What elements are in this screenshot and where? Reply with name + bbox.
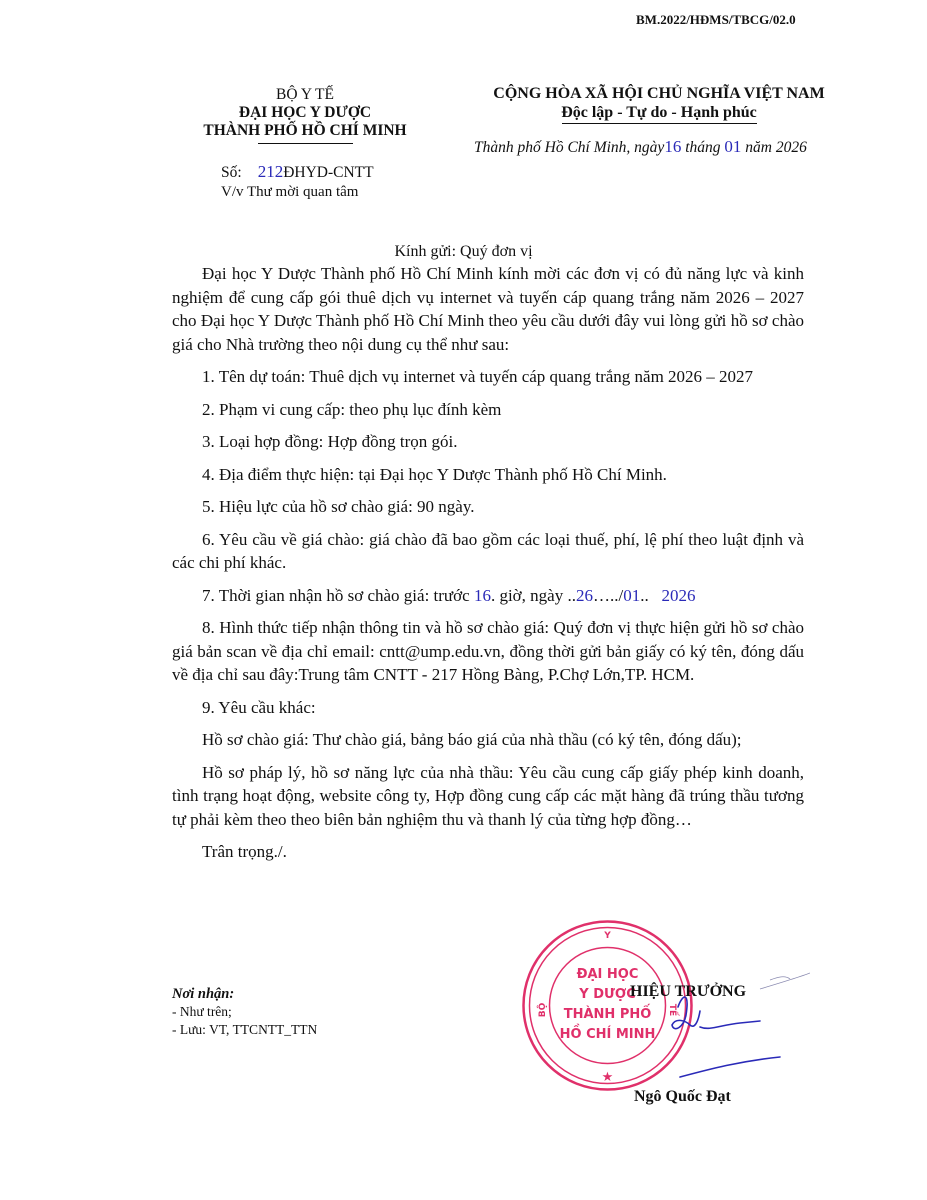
university-name-line1: ĐẠI HỌC Y DƯỢC: [160, 104, 450, 122]
nation-title: CỘNG HÒA XÃ HỘI CHỦ NGHĨA VIỆT NAM: [466, 84, 852, 103]
svg-text:Y DƯỢC: Y DƯỢC: [578, 987, 636, 1002]
month-label: tháng: [685, 139, 720, 156]
item-9: 9. Yêu cầu khác:: [172, 696, 804, 720]
document-number: Số:212ĐHYD-CNTT: [221, 162, 374, 182]
item-7-sep: …../: [593, 586, 623, 605]
svg-text:HỒ CHÍ MINH: HỒ CHÍ MINH: [560, 1024, 656, 1042]
svg-text:THÀNH PHỐ: THÀNH PHỐ: [564, 1004, 652, 1022]
item-8: 8. Hình thức tiếp nhận thông tin và hồ s…: [172, 616, 804, 687]
recipient-line: - Như trên;: [172, 1003, 317, 1021]
document-subject: V/v Thư mời quan tâm: [221, 184, 358, 201]
deadline-year: 2026: [661, 586, 695, 605]
document-date: Thành phố Hồ Chí Minh, ngày16 tháng 01 n…: [474, 137, 807, 157]
item-4: 4. Địa điểm thực hiện: tại Đại học Y Dượ…: [172, 463, 804, 487]
date-prefix: Thành phố Hồ Chí Minh, ngày: [474, 139, 664, 156]
item-9-quote-docs: Hồ sơ chào giá: Thư chào giá, bảng báo g…: [172, 728, 804, 752]
svg-text:Y: Y: [603, 931, 611, 941]
svg-text:★: ★: [602, 1070, 614, 1085]
item-2: 2. Phạm vi cung cấp: theo phụ lục đính k…: [172, 398, 804, 422]
letter-body: Đại học Y Dược Thành phố Hồ Chí Minh kín…: [172, 262, 804, 873]
item-1: 1. Tên dự toán: Thuê dịch vụ internet và…: [172, 365, 804, 389]
national-header: CỘNG HÒA XÃ HỘI CHỦ NGHĨA VIỆT NAM Độc l…: [466, 84, 852, 124]
header-divider: [258, 143, 353, 144]
date-month: 01: [724, 137, 741, 156]
deadline-hour: 16: [474, 586, 491, 605]
recipients-block: Nơi nhận: - Như trên; - Lưu: VT, TTCNTT_…: [172, 985, 317, 1039]
signer-name: Ngô Quốc Đạt: [634, 1088, 731, 1106]
closing: Trân trọng./.: [172, 840, 804, 864]
item-6: 6. Yêu cầu về giá chào: giá chào đã bao …: [172, 528, 804, 575]
intro-paragraph: Đại học Y Dược Thành phố Hồ Chí Minh kín…: [172, 262, 804, 356]
salutation: Kính gửi: Quý đơn vị: [0, 243, 927, 261]
item-7-hour-suffix: . giờ, ngày ..: [491, 586, 576, 605]
ministry-name: BỘ Y TẾ: [160, 86, 450, 104]
date-year: năm 2026: [745, 139, 807, 156]
item-7-sep2: ..: [640, 586, 661, 605]
number-value: 212: [258, 162, 284, 181]
deadline-day: 26: [576, 586, 593, 605]
svg-text:ĐẠI HỌC: ĐẠI HỌC: [577, 967, 639, 982]
handwritten-signature: [660, 965, 810, 1095]
svg-text:BỘ: BỘ: [537, 1002, 548, 1017]
motto-divider: [562, 123, 757, 124]
number-suffix: ĐHYD-CNTT: [283, 164, 373, 181]
item-3: 3. Loại hợp đồng: Hợp đồng trọn gói.: [172, 430, 804, 454]
university-name-line2: THÀNH PHỐ HỒ CHÍ MINH: [160, 122, 450, 140]
number-label: Số:: [221, 164, 242, 181]
item-5: 5. Hiệu lực của hồ sơ chào giá: 90 ngày.: [172, 495, 804, 519]
issuer-header: BỘ Y TẾ ĐẠI HỌC Y DƯỢC THÀNH PHỐ HỒ CHÍ …: [160, 86, 450, 144]
item-7-prefix: 7. Thời gian nhận hồ sơ chào giá: trước: [202, 586, 470, 605]
recipients-title: Nơi nhận:: [172, 985, 317, 1003]
date-day: 16: [664, 137, 681, 156]
form-code: BM.2022/HĐMS/TBCG/02.0: [636, 12, 796, 28]
deadline-month: 01: [623, 586, 640, 605]
national-motto: Độc lập - Tự do - Hạnh phúc: [466, 103, 852, 122]
item-7: 7. Thời gian nhận hồ sơ chào giá: trước …: [172, 584, 804, 608]
recipient-line: - Lưu: VT, TTCNTT_TTN: [172, 1021, 317, 1039]
item-9-legal-docs: Hồ sơ pháp lý, hồ sơ năng lực của nhà th…: [172, 761, 804, 832]
